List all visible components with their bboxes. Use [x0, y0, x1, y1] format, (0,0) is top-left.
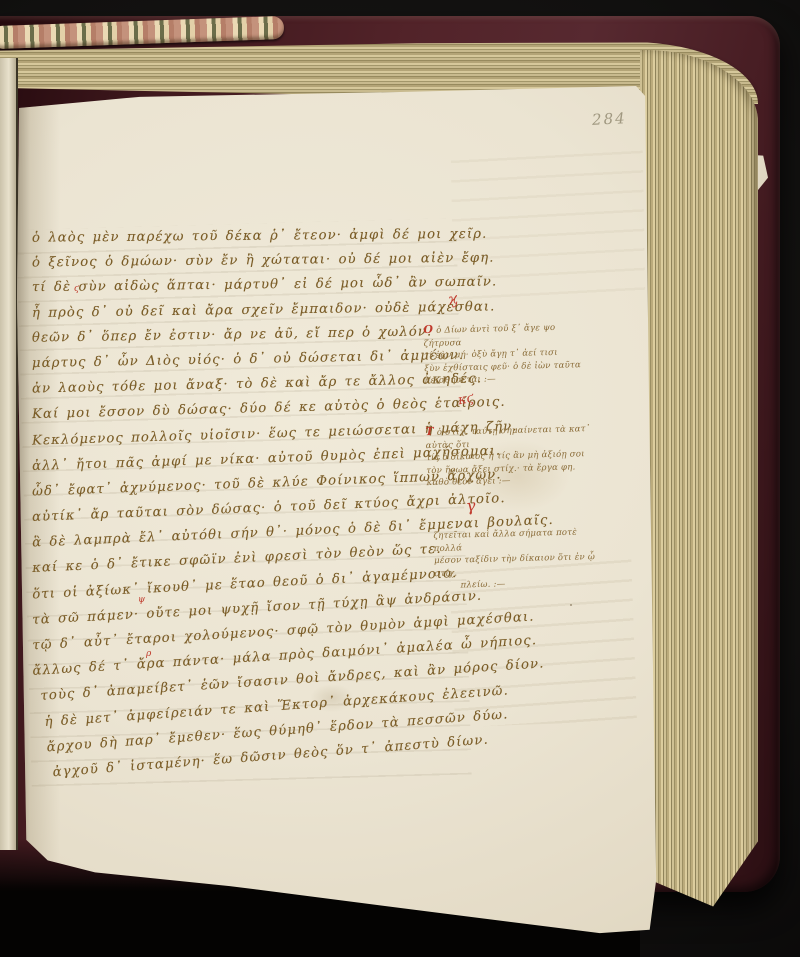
note-line: καθὸ θεὸν ἄγει :—	[427, 476, 511, 488]
rubric-initial: Τ	[425, 425, 434, 438]
note-line: ξὺν ἐχθίσταις φεῦ· ὁ δὲ ἰὼν ταῦτα	[424, 360, 581, 374]
interlinear-gloss-red: ρ	[146, 649, 151, 659]
note-line: ὁ στίχ. ταύτῃ σημαίνεται τὰ κατ᾽ αὐτὰς ὅ…	[426, 424, 591, 451]
page-stack-fore-edge	[640, 50, 758, 910]
interlinear-gloss-red: ψ	[138, 595, 145, 605]
margin-rubric-mark: γ	[465, 495, 477, 515]
manuscript-page: 284 ὁ λαὸς μὲν παρέχω τοῦ δέκα ῥ᾽ ἔτεον·…	[14, 84, 662, 940]
margin-note-2: Τὁ στίχ. ταύτῃ σημαίνεται τὰ κατ᾽ αὐτὰς …	[425, 422, 599, 490]
note-line: τὸν ἥρωα ἄξει στίχ.· τὰ ἔργα φη.	[426, 462, 575, 476]
note-line: ὁ Δίων ἀντὶ τοῦ ξ᾽ ἄγε ψο ζήτρυσα	[424, 323, 556, 349]
margin-rubric-mark: κϛ	[457, 391, 475, 409]
folio-number: 284	[592, 109, 628, 129]
rubric-initial: Ο	[423, 323, 433, 336]
note-line: τί ἐὰν μή· ὀξὺ ἄγῃ τ᾽ ἀεί τισι	[424, 348, 558, 361]
main-text-block: ὁ λαὸς μὲν παρέχω τοῦ δέκα ῥ᾽ ἔτεον· ἀμφ…	[32, 227, 456, 759]
parchment-speck	[570, 604, 572, 606]
margin-note-3: ζητεῖται καὶ ἄλλα σήματα ποτὲ πολλά μέσο…	[433, 526, 606, 593]
interlinear-gloss-red: ϛ	[74, 284, 79, 294]
facing-page-edge	[0, 58, 18, 850]
note-line: πεισθήσεται :—	[425, 375, 496, 387]
margin-note-1: Οὁ Δίων ἀντὶ τοῦ ξ᾽ ἄγε ψο ζήτρυσα τί ἐὰ…	[423, 320, 597, 388]
manuscript-photo-scene: 284 ὁ λαὸς μὲν παρέχω τοῦ δέκα ῥ᾽ ἔτεον·…	[0, 0, 800, 957]
note-line: ζητεῖται καὶ ἄλλα σήματα ποτὲ πολλά	[433, 528, 577, 554]
note-line: πλείω. :—	[461, 580, 506, 591]
note-line: τίς ὁ δίκαιος ἢ τίς ἂν μὴ ἀξιόῃ σοι	[426, 449, 585, 463]
note-line: μέσον ταξίδιν τὴν δίκαιον ὅτι ἐν ᾧ στίχ.	[434, 552, 595, 579]
